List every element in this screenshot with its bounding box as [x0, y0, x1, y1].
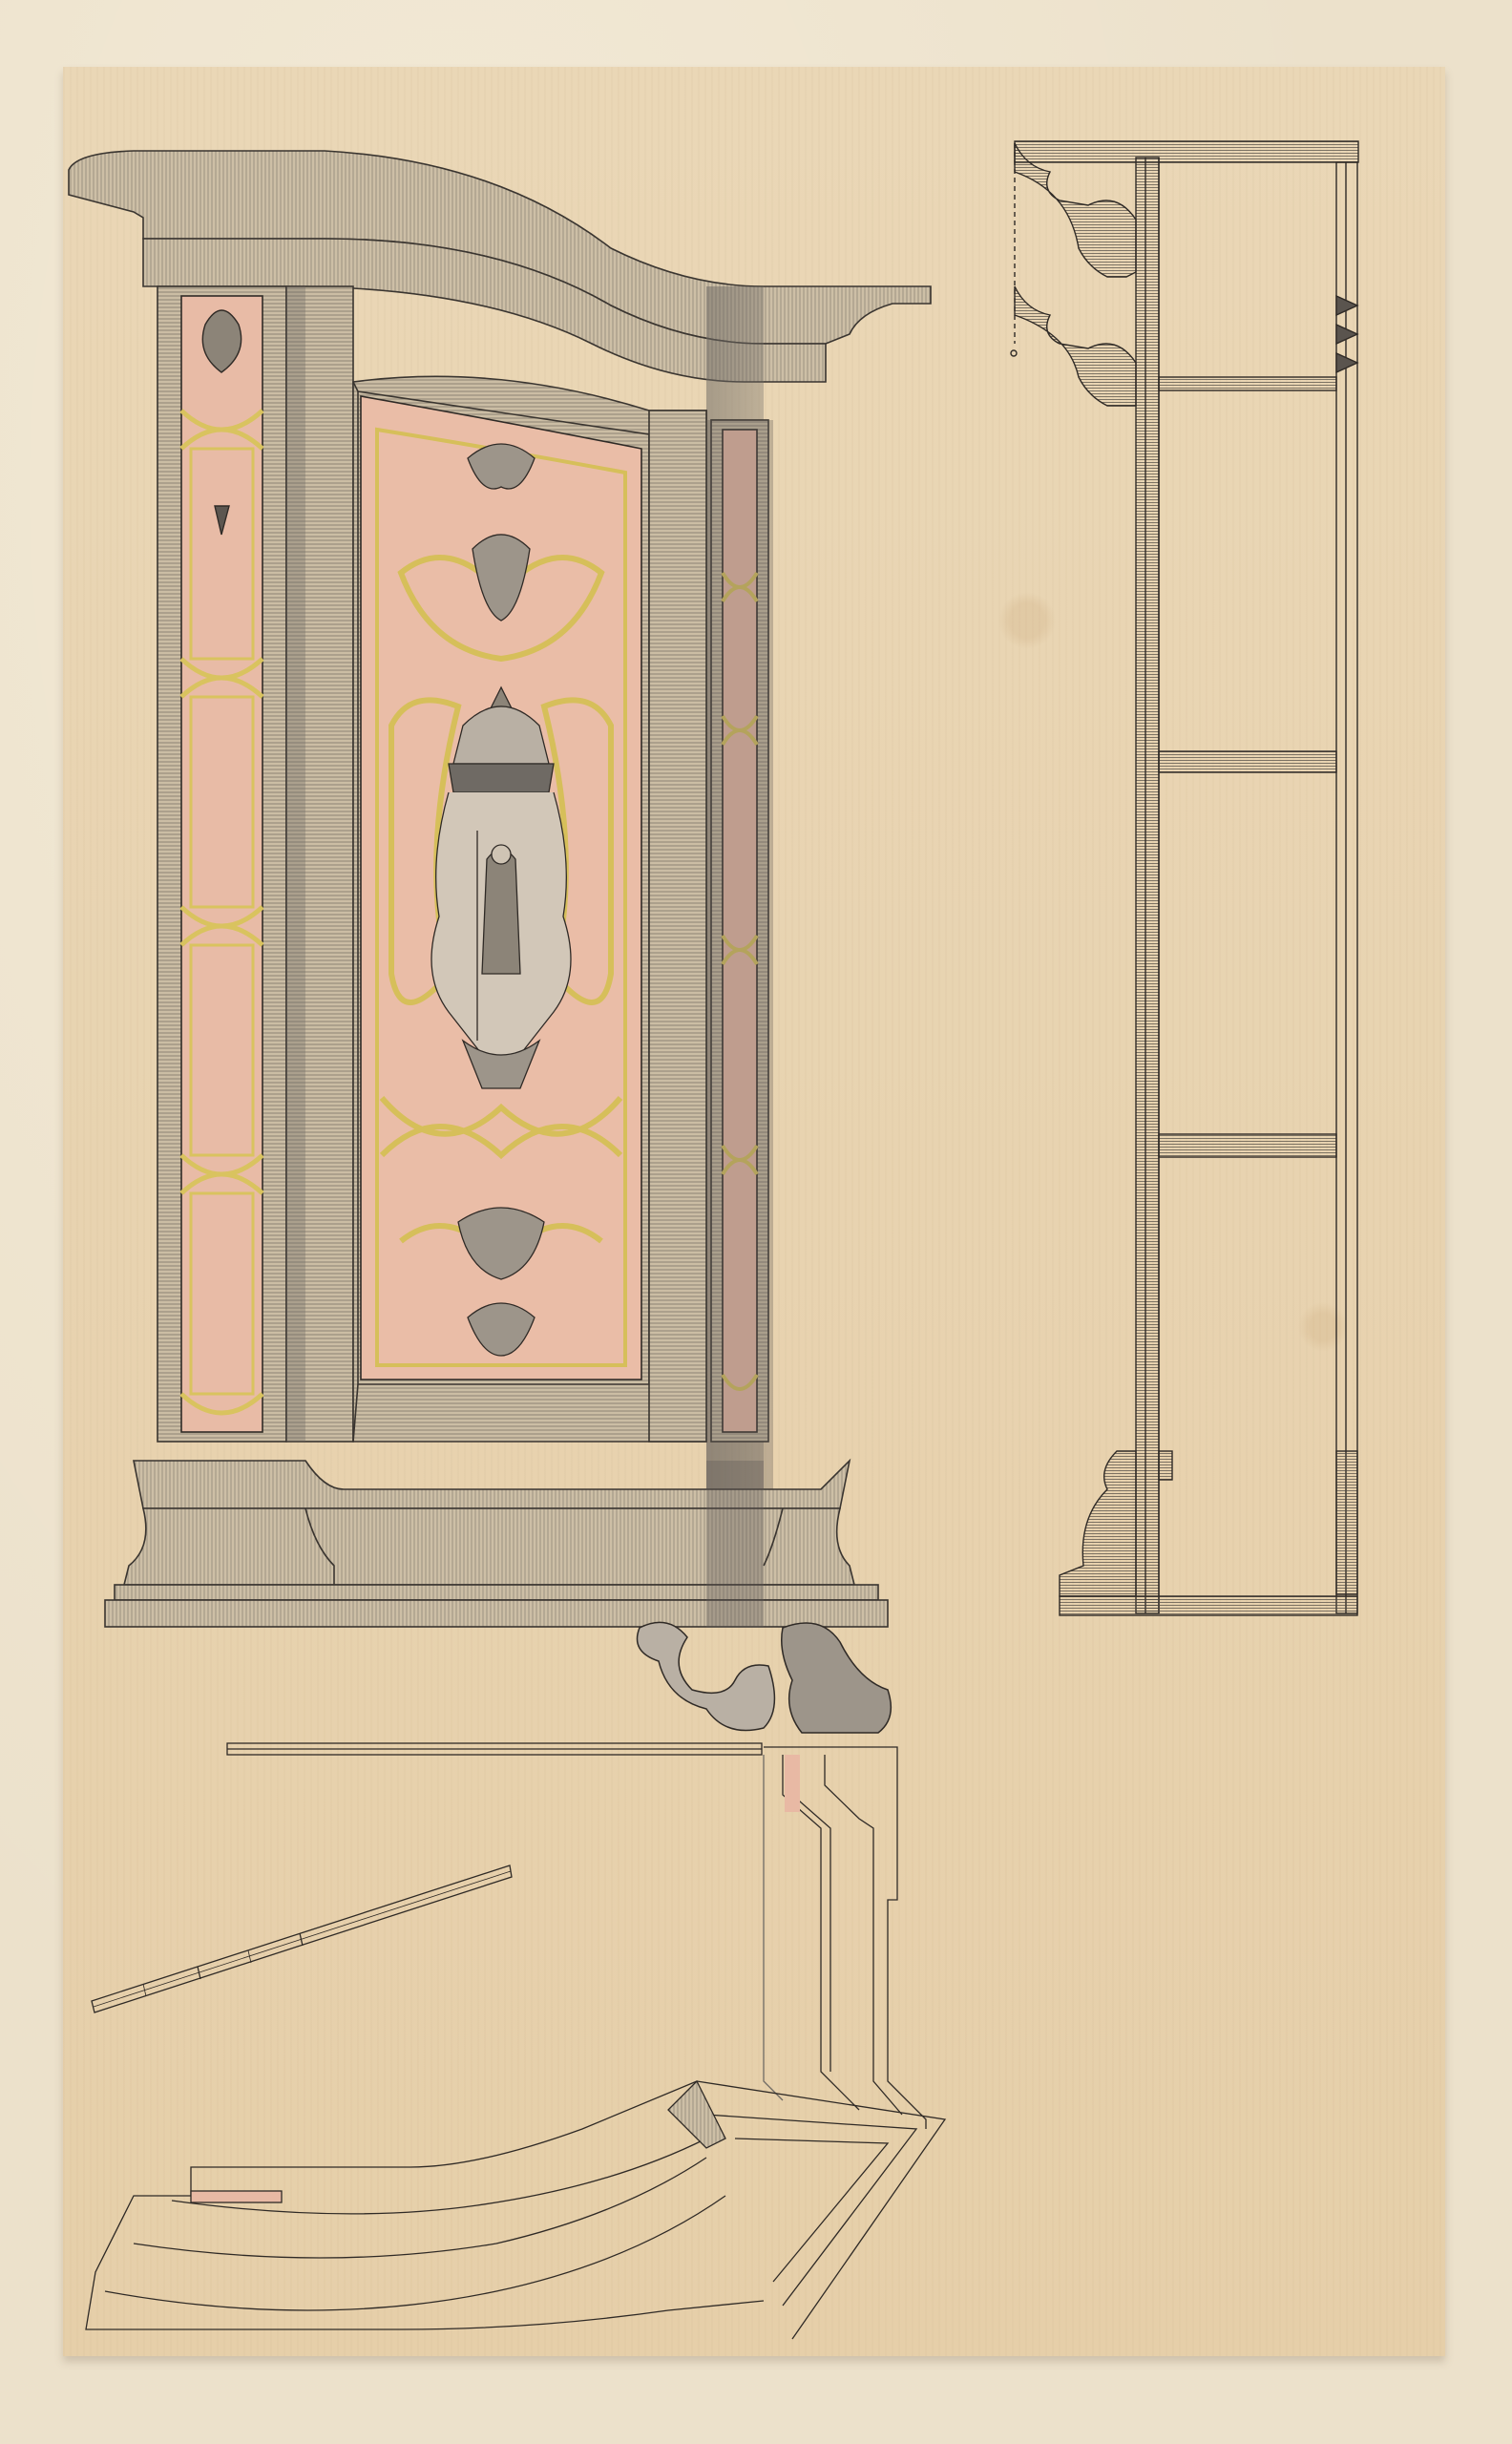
cabinet-drawing [0, 0, 1512, 2444]
plan-view [86, 1743, 945, 2339]
section-view [1011, 141, 1358, 1615]
mount-board [0, 0, 1512, 2444]
scale-bar [92, 1865, 512, 2012]
front-elevation [69, 151, 931, 1628]
rocaille-ornament [638, 1622, 892, 1733]
